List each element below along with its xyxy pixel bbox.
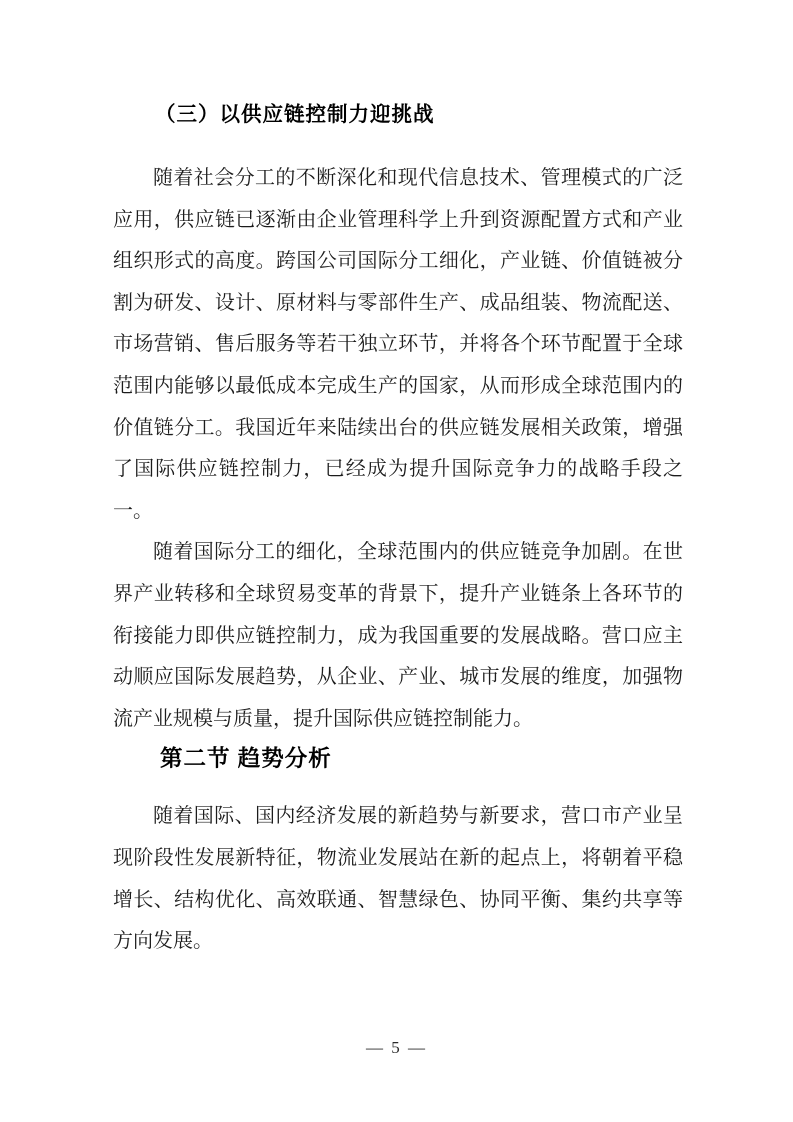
- paragraph-supply-chain-competition: 随着国际分工的细化，全球范围内的供应链竞争加剧。在世界产业转移和全球贸易变革的背…: [113, 532, 683, 740]
- section-heading: 第二节 趋势分析: [113, 744, 683, 774]
- page-number: — 5 —: [0, 1038, 793, 1058]
- paragraph-supply-chain-global: 随着社会分工的不断深化和现代信息技术、管理模式的广泛应用，供应链已逐渐由企业管理…: [113, 158, 683, 532]
- subsection-heading: （三）以供应链控制力迎挑战: [113, 100, 683, 130]
- document-page: （三）以供应链控制力迎挑战 随着社会分工的不断深化和现代信息技术、管理模式的广泛…: [0, 0, 793, 1122]
- page-content: （三）以供应链控制力迎挑战 随着社会分工的不断深化和现代信息技术、管理模式的广泛…: [113, 100, 683, 963]
- paragraph-trend-analysis: 随着国际、国内经济发展的新趋势与新要求，营口市产业呈现阶段性发展新特征，物流业发…: [113, 796, 683, 962]
